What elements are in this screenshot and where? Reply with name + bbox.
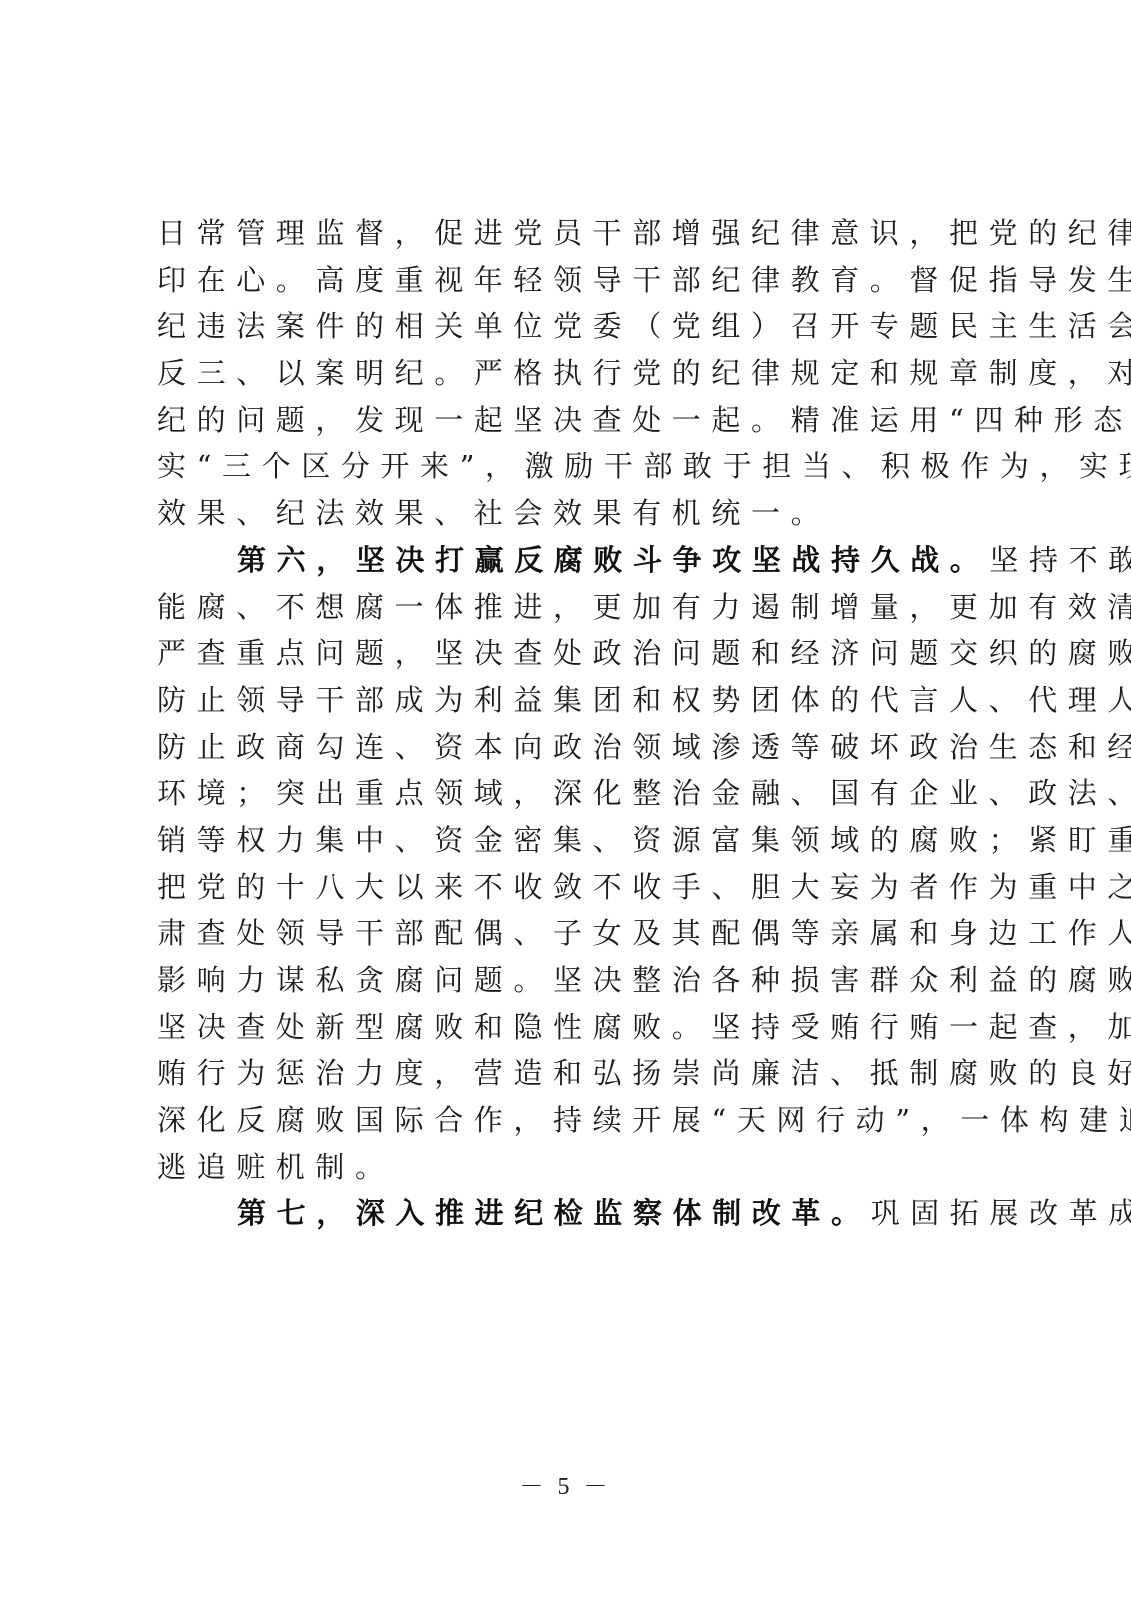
text-line: 贿行为惩治力度，营造和弘扬崇尚廉洁、抵制腐败的良好风尚。 — [157, 1050, 993, 1097]
text-run: 巩固拓展改革成果，一 — [871, 1196, 1131, 1230]
text-line: 效果、纪法效果、社会效果有机统一。 — [157, 490, 993, 537]
page-number: － 5 － — [0, 1466, 1131, 1501]
text-line: 实“三个区分开来”，激励干部敢于担当、积极作为，实现政治 — [157, 443, 993, 490]
text-line: 严查重点问题，坚决查处政治问题和经济问题交织的腐败，坚决 — [157, 630, 993, 677]
text-line: 逃追赃机制。 — [157, 1144, 993, 1191]
text-line: 日常管理监督，促进党员干部增强纪律意识，把党的纪律规矩刻 — [157, 210, 993, 257]
text-run: 坚持不敢腐、不 — [989, 543, 1131, 577]
text-line: 肃查处领导干部配偶、子女及其配偶等亲属和身边工作人员利用 — [157, 910, 993, 957]
text-line: 深化反腐败国际合作，持续开展“天网行动”，一体构建追逃防 — [157, 1097, 993, 1144]
section-heading-seventh: 第七，深入推进纪检监察体制改革。 — [237, 1196, 871, 1230]
text-line: 防止政商勾连、资本向政治领域渗透等破坏政治生态和经济发展 — [157, 724, 993, 771]
text-line: 防止领导干部成为利益集团和权势团体的代言人、代理人，坚决 — [157, 677, 993, 724]
paragraph-continued: 日常管理监督，促进党员干部增强纪律意识，把党的纪律规矩刻 印在心。高度重视年轻领… — [157, 210, 993, 537]
paragraph-sixth: 第六，坚决打赢反腐败斗争攻坚战持久战。坚持不敢腐、不 能腐、不想腐一体推进，更加… — [157, 537, 993, 1191]
text-line: 坚决查处新型腐败和隐性腐败。坚持受贿行贿一起查，加大对行 — [157, 1004, 993, 1051]
text-line: 销等权力集中、资金密集、资源富集领域的腐败；紧盯重点对象， — [157, 817, 993, 864]
section-heading-sixth: 第六，坚决打赢反腐败斗争攻坚战持久战。 — [237, 543, 989, 577]
paragraph-first-line: 第六，坚决打赢反腐败斗争攻坚战持久战。坚持不敢腐、不 — [157, 537, 993, 584]
paragraph-first-line: 第七，深入推进纪检监察体制改革。巩固拓展改革成果，一 — [157, 1190, 993, 1237]
document-body: 日常管理监督，促进党员干部增强纪律意识，把党的纪律规矩刻 印在心。高度重视年轻领… — [157, 210, 993, 1237]
text-line: 反三、以案明纪。严格执行党的纪律规定和规章制度，对违反党 — [157, 350, 993, 397]
text-line: 影响力谋私贪腐问题。坚决整治各种损害群众利益的腐败问题。 — [157, 957, 993, 1004]
text-line: 纪违法案件的相关单位党委（党组）召开专题民主生活会，举一 — [157, 303, 993, 350]
document-page: 日常管理监督，促进党员干部增强纪律意识，把党的纪律规矩刻 印在心。高度重视年轻领… — [0, 0, 1131, 1600]
text-line: 能腐、不想腐一体推进，更加有力遏制增量，更加有效清除存量。 — [157, 584, 993, 631]
text-line: 纪的问题，发现一起坚决查处一起。精准运用“四种形态”，落 — [157, 397, 993, 444]
text-line: 印在心。高度重视年轻领导干部纪律教育。督促指导发生重大违 — [157, 257, 993, 304]
text-line: 环境；突出重点领域，深化整治金融、国有企业、政法、粮食购 — [157, 770, 993, 817]
text-line: 把党的十八大以来不收敛不收手、胆大妄为者作为重中之重，严 — [157, 864, 993, 911]
paragraph-seventh: 第七，深入推进纪检监察体制改革。巩固拓展改革成果，一 — [157, 1190, 993, 1237]
